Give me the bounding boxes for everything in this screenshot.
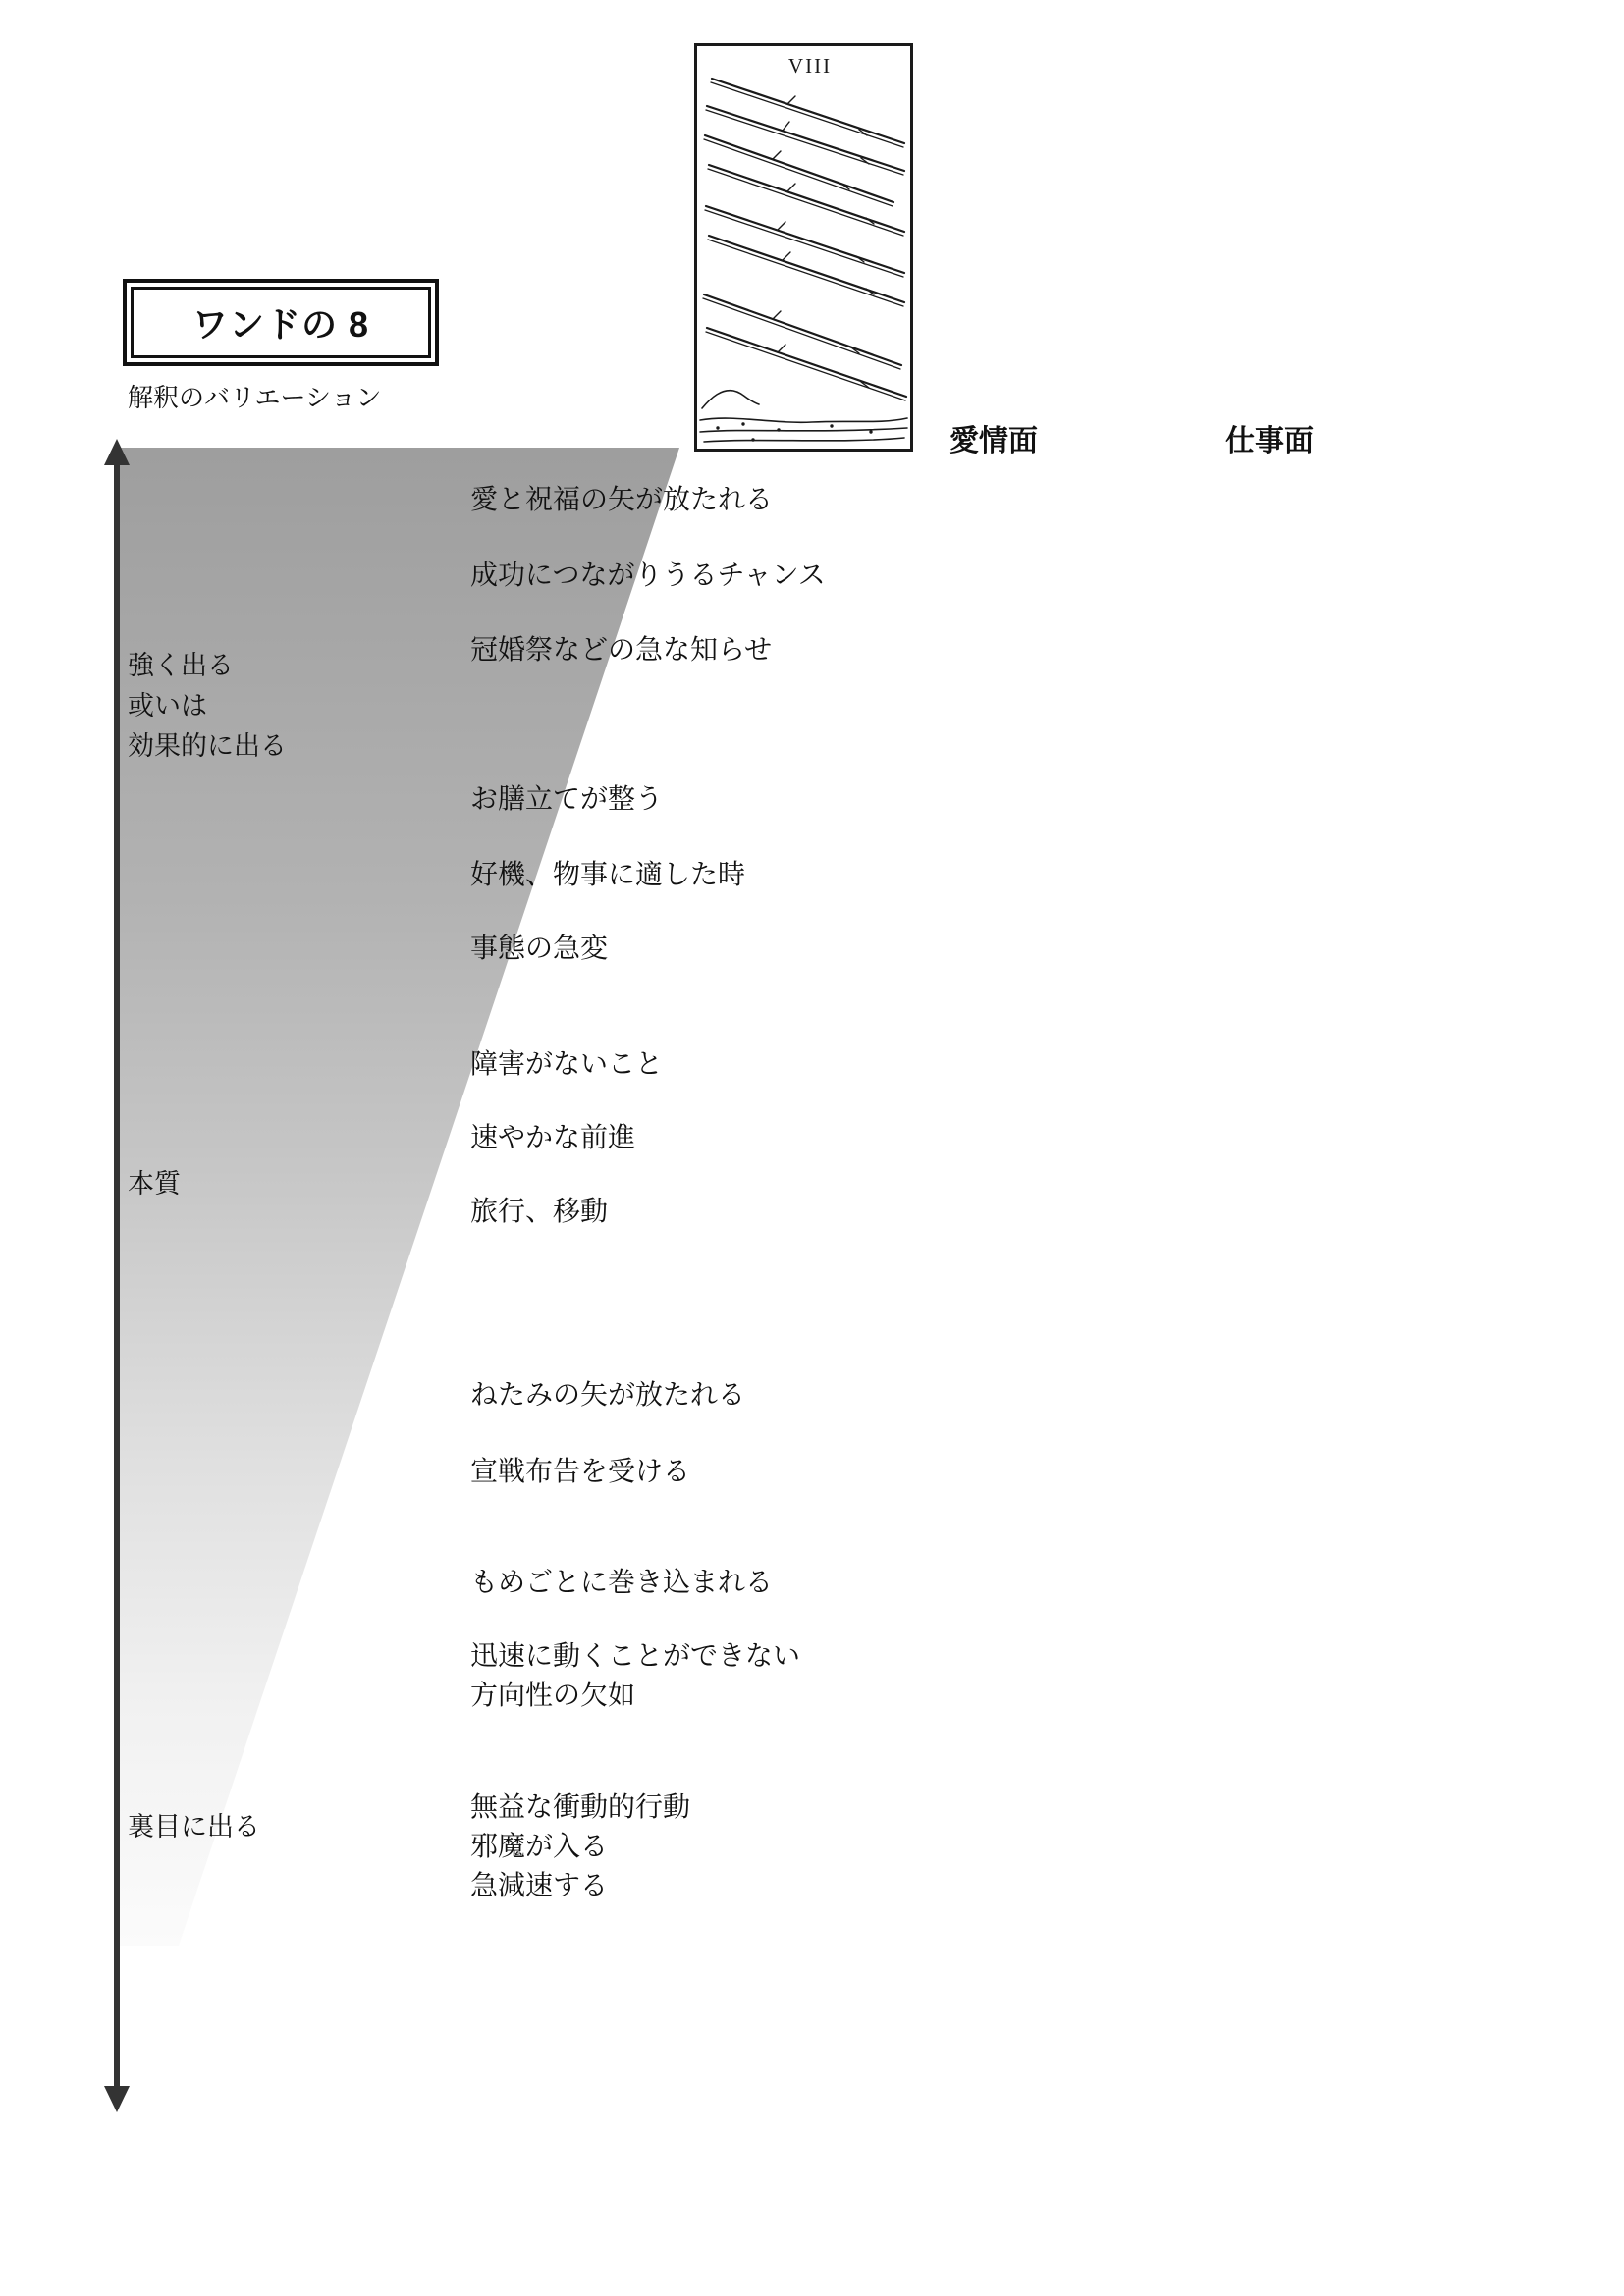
interpretation-item: 好機、物事に適した時 (470, 855, 745, 894)
interpretation-item: 無益な衝動的行動 邪魔が入る 急減速する (470, 1788, 690, 1905)
interpretation-item: 宣戦布告を受ける (470, 1452, 690, 1491)
interpretation-item: 事態の急変 (470, 929, 608, 968)
axis-label-strong: 強く出る 或いは 効果的に出る (128, 646, 287, 767)
axis-arrow-shaft (114, 459, 120, 2089)
column-header-work: 仕事面 (1225, 416, 1314, 459)
card-numeral: VIII (788, 54, 832, 78)
subtitle: 解釈のバリエーション (128, 378, 381, 414)
column-header-love: 愛情面 (949, 416, 1038, 459)
interpretation-item: 愛と祝福の矢が放たれる (470, 480, 773, 519)
interpretation-item: 旅行、移動 (470, 1192, 608, 1231)
title-box: ワンドの 8 (123, 279, 439, 366)
slide-page: ワンドの 8 解釈のバリエーション VIII (0, 0, 1624, 2296)
axis-arrow-down-icon (104, 2086, 130, 2112)
card-border (696, 45, 912, 451)
tarot-card-image: VIII (694, 43, 913, 452)
axis-label-backfire: 裏目に出る (128, 1807, 260, 1847)
interpretation-item: 迅速に動くことができない 方向性の欠如 (470, 1636, 800, 1715)
interpretation-item: ねたみの矢が放たれる (470, 1375, 745, 1415)
axis-label-essence: 本質 (128, 1164, 181, 1204)
interpretation-item: お膳立てが整う (470, 779, 663, 819)
interpretation-item: 成功につながりうるチャンス (470, 556, 826, 595)
interpretation-item: 速やかな前進 (470, 1118, 635, 1157)
interpretation-item: 冠婚祭などの急な知らせ (470, 630, 772, 669)
page-title: ワンドの 8 (131, 287, 431, 358)
interpretation-item: 障害がないこと (470, 1044, 663, 1084)
interpretation-item: もめごとに巻き込まれる (470, 1563, 773, 1602)
